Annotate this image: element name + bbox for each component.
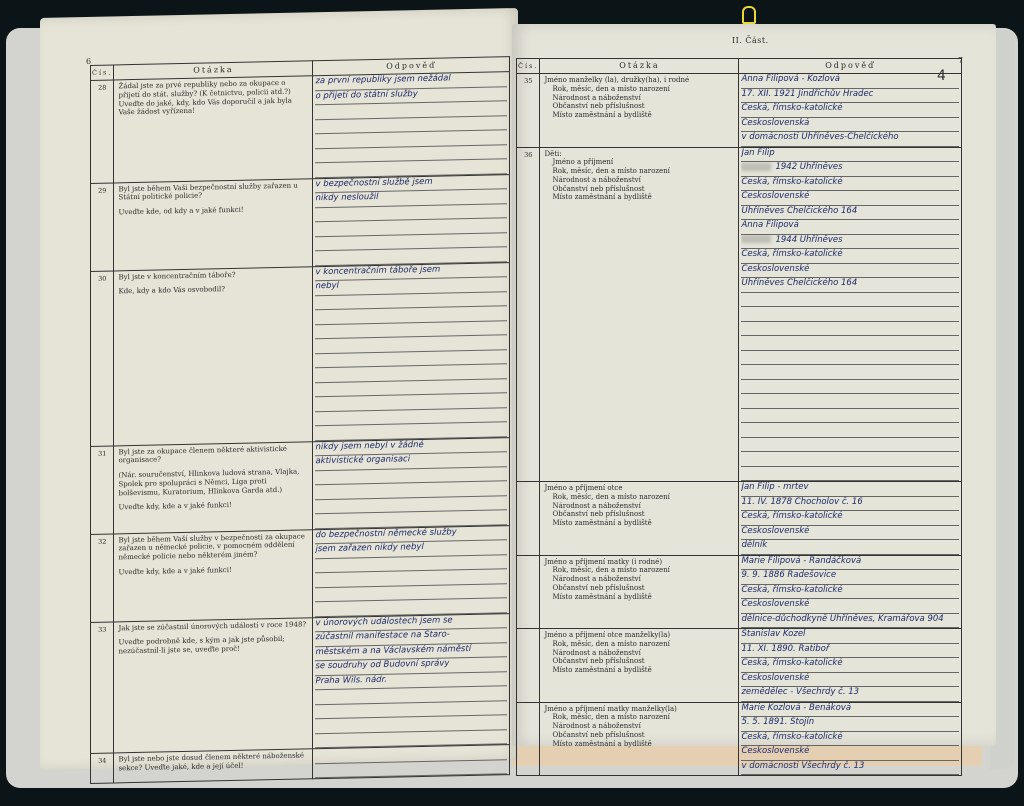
answer-line[interactable]: Jan Filip - mrtev [741, 482, 959, 497]
question-cell: Jak jste se zúčastnil únorových událostí… [114, 617, 313, 753]
question-text: Žádal jste za prvé republiky nebo za oku… [118, 79, 308, 118]
question-subfield: Národnost a náboženství [544, 176, 734, 185]
table-row: Jméno a příjmení matky manželky(la)Rok, … [517, 702, 962, 776]
question-cell: Byl jste nebo jste dosud členem některé … [114, 749, 313, 783]
question-title: Jméno a příjmení otce manželky(la) [544, 631, 670, 639]
answer-line[interactable] [741, 380, 959, 395]
question-title: Jméno a příjmení otce [544, 484, 622, 492]
header-number: Čís. [517, 59, 540, 74]
table-row: Jméno a příjmení matky (i rodné)Rok, měs… [517, 555, 962, 629]
question-subfield: Místo zaměstnání a bydliště [544, 740, 734, 749]
question-subfield: Občanství neb příslušnost [544, 510, 734, 519]
answer-cell: nikdy jsem nebyl v žádnéaktivistické org… [313, 437, 510, 529]
answer-line[interactable]: Česká, římsko-katolické [741, 658, 959, 673]
answer-line[interactable]: Stanislav Kozel [741, 629, 959, 644]
answer-line[interactable]: v domácnosti Všechrdy č. 13 [741, 761, 959, 776]
header-answer: Odpověď [739, 59, 962, 74]
redacted-block [741, 235, 771, 243]
question-number: 28 [91, 80, 114, 183]
question-text: Uveďte podrobně kde, s kým a jak jste pů… [118, 635, 308, 656]
answer-line[interactable]: Československé [741, 746, 959, 761]
header-number: Čís. [91, 65, 114, 81]
question-cell: Jméno a příjmení matky manželky(la)Rok, … [540, 702, 739, 776]
question-cell: Žádal jste za prvé republiky nebo za oku… [114, 76, 313, 183]
answer-line[interactable]: Československá [741, 118, 959, 133]
question-subfield: Rok, měsíc, den a místo narození [544, 640, 734, 649]
answer-line[interactable]: Marie Filipová - Randáčková [741, 556, 959, 571]
answer-line[interactable] [741, 336, 959, 351]
question-title: Jméno manželky (la), družky(ha), i rodné [544, 76, 689, 84]
question-number [517, 629, 540, 703]
questionnaire-table-left: Čís. Otázka Odpověď 28Žádal jste za prvé… [90, 56, 510, 784]
question-subfield: Místo zaměstnání a bydliště [544, 519, 734, 528]
answer-line[interactable]: 5. 5. 1891. Stojín [741, 717, 959, 732]
question-cell: Byl jste během Vaší bezpečnostní služby … [114, 178, 313, 270]
answer-line[interactable]: 11. XI. 1890. Ratiboř [741, 644, 959, 659]
question-cell: Jméno a příjmení otceRok, měsíc, den a m… [540, 482, 739, 556]
answer-line[interactable]: 11. IV. 1878 Chocholov č. 16 [741, 497, 959, 512]
answer-cell: Jan Filip1942 UhříněvesČeská, římsko-kat… [739, 147, 962, 482]
answer-cell: za první republiky jsem nežádalo přijetí… [313, 72, 510, 179]
answer-line[interactable] [741, 467, 959, 482]
question-text: Byl jste nebo jste dosud členem některé … [118, 752, 308, 773]
question-number: 34 [91, 753, 114, 783]
answer-line[interactable]: Česká, římsko-katolické [741, 249, 959, 264]
question-number: 29 [91, 183, 114, 271]
question-text: Byl jste během Vaší služby v bezpečnosti… [118, 532, 308, 562]
answer-line[interactable]: Marie Kozlová - Benáková [741, 703, 959, 718]
question-number: 32 [91, 534, 114, 622]
table-row: Jméno a příjmení otce manželky(la)Rok, m… [517, 629, 962, 703]
question-cell: Jméno a příjmení otce manželky(la)Rok, m… [540, 629, 739, 703]
answer-line[interactable] [741, 365, 959, 380]
answer-line[interactable] [741, 351, 959, 366]
answer-line[interactable] [741, 394, 959, 409]
answer-line[interactable]: Česká, římsko-katolické [741, 103, 959, 118]
question-subfield: Občanství neb příslušnost [544, 102, 734, 111]
question-cell: Jméno manželky (la), družky(ha), i rodné… [540, 74, 739, 148]
section-title: II. Část. [732, 36, 769, 45]
question-cell: Jméno a příjmení matky (i rodné)Rok, měs… [540, 555, 739, 629]
question-text: (Nár. souručenství, Hlinkova ludová stra… [118, 468, 308, 498]
answer-line[interactable]: Československé [741, 526, 959, 541]
answer-line[interactable] [741, 322, 959, 337]
question-text: Byl jste za okupace členem některé aktiv… [118, 444, 308, 465]
question-number: 35 [517, 74, 540, 148]
left-page: 6 Čís. Otázka Odpověď 28Žádal jste za pr… [40, 8, 518, 770]
answer-line[interactable]: Československé [741, 673, 959, 688]
answer-cell [313, 745, 510, 779]
table-row: Jméno a příjmení otceRok, měsíc, den a m… [517, 482, 962, 556]
question-number [517, 702, 540, 776]
question-text: Byl jste v koncentračním táboře? [118, 269, 308, 282]
question-subfield: Místo zaměstnání a bydliště [544, 593, 734, 602]
question-title: Jméno a příjmení matky manželky(la) [544, 705, 676, 713]
answer-line[interactable] [741, 293, 959, 308]
question-number: 33 [91, 622, 114, 754]
answer-line[interactable]: Československé [741, 599, 959, 614]
answer-cell: Anna Filipová - Kozlová17. XII. 1921 Jin… [739, 74, 962, 148]
answer-cell: v bezpečnostní službě jsemnikdy neslouži… [313, 174, 510, 266]
answer-cell: Marie Kozlová - Benáková5. 5. 1891. Stoj… [739, 702, 962, 776]
answer-line[interactable] [741, 452, 959, 467]
answer-line[interactable]: Československé [741, 191, 959, 206]
answer-line[interactable]: Československé [741, 264, 959, 279]
question-text: Kde, kdy a kdo Vás osvobodil? [118, 284, 308, 297]
question-text: Byl jste během Vaší bezpečnostní služby … [118, 181, 308, 202]
questionnaire-table-right: Čís. Otázka Odpověď 35Jméno manželky (la… [516, 58, 962, 776]
answer-cell: v únorových událostech jsem sezúčastnil … [313, 613, 510, 749]
question-subfield: Národnost a náboženství [544, 722, 734, 731]
answer-line[interactable]: Anna Filipová [741, 220, 959, 235]
redacted-block [741, 163, 771, 171]
header-question: Otázka [540, 59, 739, 74]
table-row: 30Byl jste v koncentračním táboře?Kde, k… [91, 262, 510, 446]
question-subfield: Rok, měsíc, den a místo narození [544, 566, 734, 575]
answer-line[interactable]: 1944 Uhříněves [741, 235, 959, 250]
answer-line[interactable]: zemědělec - Všechrdy č. 13 [741, 687, 959, 702]
answer-line[interactable] [741, 409, 959, 424]
question-title: Děti: [544, 150, 561, 158]
question-subfield: Místo zaměstnání a bydliště [544, 111, 734, 120]
question-subfield: Rok, měsíc, den a místo narození [544, 713, 734, 722]
question-subfield: Občanství neb příslušnost [544, 584, 734, 593]
right-page: II. Část. 7 4 Čís. Otázka Odpověď 35Jmén… [512, 24, 996, 746]
answer-text: 1942 Uhříněves [775, 162, 842, 172]
question-subfield: Občanství neb příslušnost [544, 731, 734, 740]
table-row: 29Byl jste během Vaší bezpečnostní služb… [91, 174, 510, 271]
answer-line[interactable]: 9. 9. 1886 Radešovice [741, 570, 959, 585]
answer-cell: do bezpečnostní německé službyjsem zařaz… [313, 525, 510, 617]
question-subfield: Rok, měsíc, den a místo narození [544, 85, 734, 94]
question-cell: Děti:Jméno a příjmeníRok, měsíc, den a m… [540, 147, 739, 482]
answer-line[interactable]: Česká, římsko-katolické [741, 177, 959, 192]
question-title: Jméno a příjmení matky (i rodné) [544, 558, 662, 566]
answer-line[interactable]: Česká, římsko-katolické [741, 732, 959, 747]
question-number [517, 555, 540, 629]
question-cell: Byl jste za okupace členem některé aktiv… [114, 441, 313, 533]
answer-cell: Jan Filip - mrtev11. IV. 1878 Chocholov … [739, 482, 962, 556]
question-subfield: Místo zaměstnání a bydliště [544, 666, 734, 675]
answer-line[interactable]: Uhříněves Chelčického 164 [741, 206, 959, 221]
answer-line[interactable]: dělník [741, 540, 959, 555]
answer-line[interactable] [741, 438, 959, 453]
table-row: 28Žádal jste za prvé republiky nebo za o… [91, 72, 510, 183]
paper-clip-icon [742, 6, 756, 24]
table-row: 35Jméno manželky (la), družky(ha), i rod… [517, 74, 962, 148]
answer-line[interactable]: Česká, římsko-katolické [741, 511, 959, 526]
answer-line[interactable]: v domácnosti Uhříněves-Chelčického [741, 132, 959, 147]
question-text: Jak jste se zúčastnil únorových událostí… [118, 620, 308, 633]
question-number: 30 [91, 271, 114, 446]
answer-text: 1944 Uhříněves [775, 235, 842, 245]
question-cell: Byl jste v koncentračním táboře?Kde, kdy… [114, 266, 313, 445]
question-number [517, 482, 540, 556]
answer-line[interactable]: dělnice-důchodkyně Uhříněves, Kramářova … [741, 614, 959, 629]
answer-line[interactable]: Uhříněves Chelčického 164 [741, 278, 959, 293]
answer-line[interactable] [741, 307, 959, 322]
question-subfield: Rok, měsíc, den a místo narození [544, 167, 734, 176]
answer-line[interactable] [315, 760, 507, 779]
question-subfield: Místo zaměstnání a bydliště [544, 193, 734, 202]
question-subfield: Občanství neb příslušnost [544, 657, 734, 666]
answer-line[interactable]: Jan Filip [741, 148, 959, 163]
table-row: 36Děti:Jméno a příjmeníRok, měsíc, den a… [517, 147, 962, 482]
answer-cell: Stanislav Kozel11. XI. 1890. RatibořČesk… [739, 629, 962, 703]
answer-line[interactable] [741, 423, 959, 438]
table-row: 32Byl jste během Vaší služby v bezpečnos… [91, 525, 510, 622]
table-row: 31Byl jste za okupace členem některé akt… [91, 437, 510, 534]
answer-line[interactable]: 1942 Uhříněves [741, 162, 959, 177]
question-subfield: Rok, měsíc, den a místo narození [544, 493, 734, 502]
question-number: 31 [91, 446, 114, 534]
question-subfield: Národnost a náboženství [544, 575, 734, 584]
answer-line[interactable]: 17. XII. 1921 Jindřichův Hradec [741, 89, 959, 104]
question-number: 36 [517, 147, 540, 482]
answer-cell: Marie Filipová - Randáčková9. 9. 1886 Ra… [739, 555, 962, 629]
question-subfield: Jméno a příjmení [544, 158, 734, 167]
answer-cell: v koncentračním táboře jsemnebyl [313, 262, 510, 441]
question-text: Uveďte kdy, kde a v jaké funkci! [118, 500, 308, 513]
question-cell: Byl jste během Vaší služby v bezpečnosti… [114, 529, 313, 621]
answer-line[interactable]: Česká, římsko-katolické [741, 585, 959, 600]
table-row: 33Jak jste se zúčastnil únorových událos… [91, 613, 510, 753]
question-text: Uveďte kdy, kde a v jaké funkci! [118, 564, 308, 577]
question-text: Uveďte kde, od kdy a v jaké funkci! [118, 205, 308, 218]
answer-line[interactable]: Anna Filipová - Kozlová [741, 74, 959, 89]
